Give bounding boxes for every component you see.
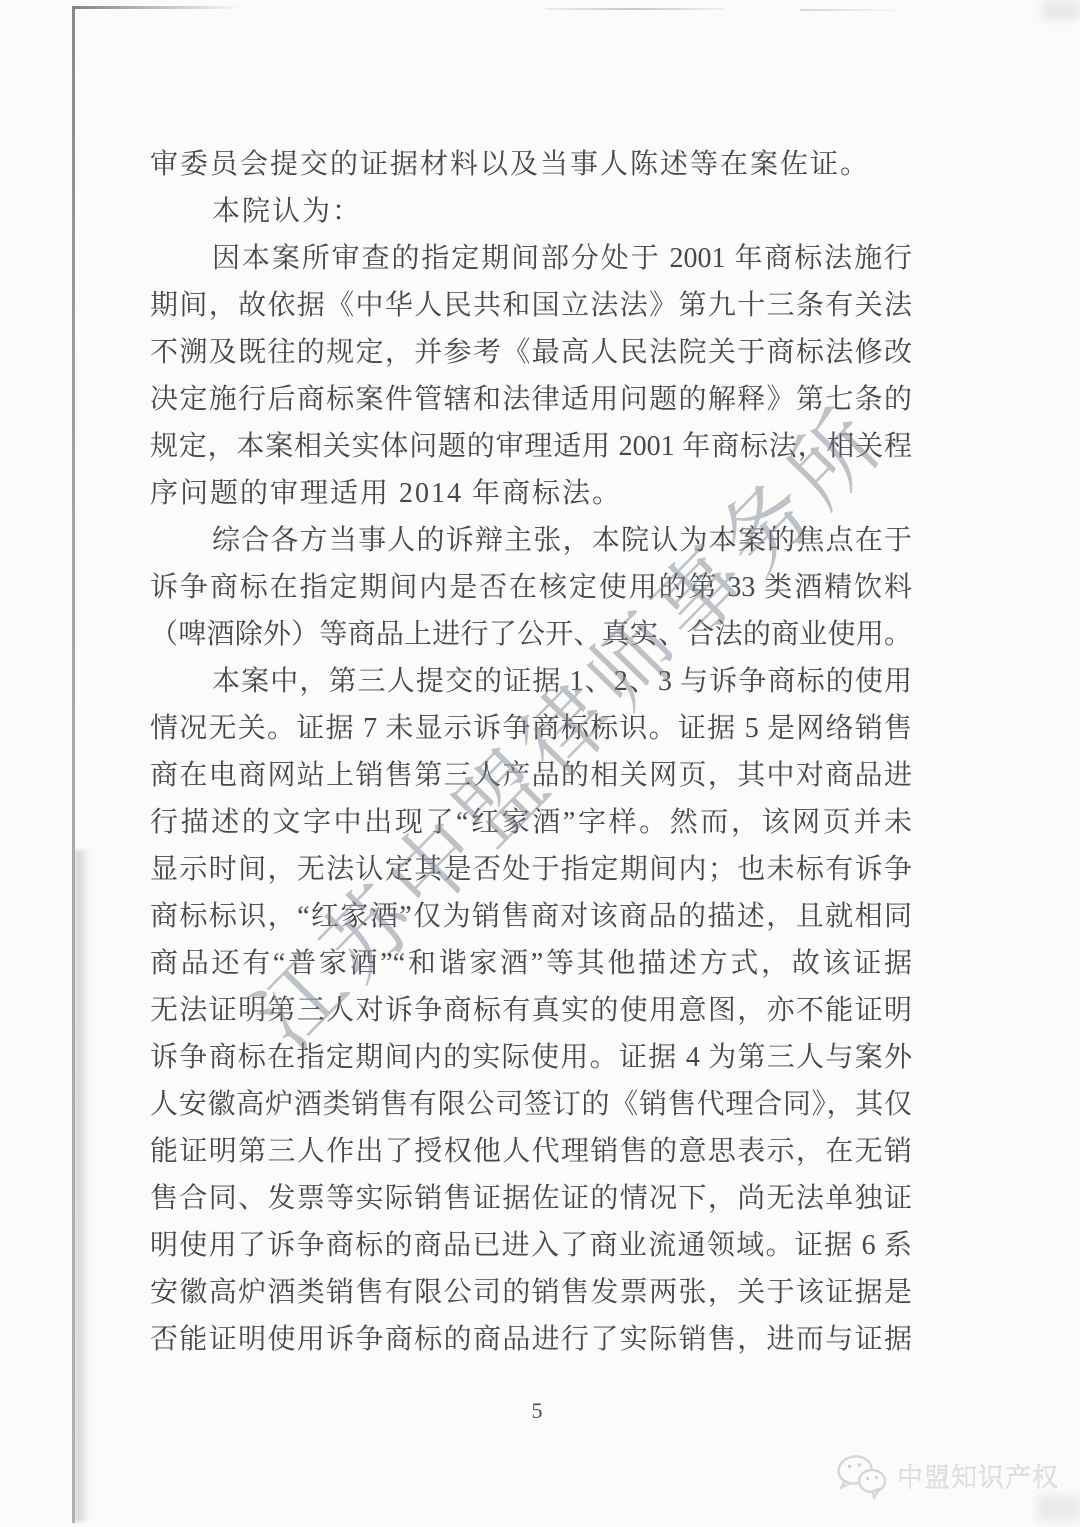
text-line: 无法证明第三人对诉争商标有真实的使用意图，亦不能证明 (150, 987, 912, 1034)
footer-brand: 中盟知识产权 (833, 1450, 1059, 1502)
text-line: 行描述的文字中出现了“红家酒”字样。然而，该网页并未 (150, 799, 912, 846)
text-line: 能证明第三人作出了授权他人代理销售的意思表示，在无销 (150, 1128, 912, 1175)
text-line: 本案中，第三人提交的证据 1、2、3 与诉争商标的使用 (150, 658, 912, 705)
wechat-icon (833, 1450, 891, 1502)
page-edge-line-top-segment (800, 9, 895, 11)
page-number: 5 (487, 1398, 587, 1424)
text-line: 商标标识，“红家酒”仅为销售商对该商品的描述，且就相同 (150, 893, 912, 940)
text-line: 本院认为： (150, 188, 912, 235)
text-line: （啤酒除外）等商品上进行了公开、真实、合法的商业使用。 (150, 611, 912, 658)
text-line: 序问题的审理适用 2014 年商标法。 (150, 470, 912, 517)
text-line: 诉争商标在指定期间内是否在核定使用的第 33 类酒精饮料 (150, 564, 912, 611)
text-line: 售合同、发票等实际销售证据佐证的情况下，尚无法单独证 (150, 1175, 912, 1222)
text-line: 安徽高炉酒类销售有限公司的销售发票两张，关于该证据是 (150, 1269, 912, 1316)
text-line: 规定，本案相关实体问题的审理适用 2001 年商标法，相关程 (150, 423, 912, 470)
document-body-text: 审委员会提交的证据材料以及当事人陈述等在案佐证。本院认为：因本案所审查的指定期间… (150, 141, 912, 1363)
text-line: 商品还有“普家酒”“和谐家酒”等其他描述方式，故该证据 (150, 940, 912, 987)
text-line: 期间，故依据《中华人民共和国立法法》第九十三条有关法 (150, 282, 912, 329)
text-line: 不溯及既往的规定，并参考《最高人民法院关于商标法修改 (150, 329, 912, 376)
text-line: 显示时间，无法认定其是否处于指定期间内；也未标有诉争 (150, 846, 912, 893)
text-line: 明使用了诉争商标的商品已进入了商业流通领域。证据 6 系 (150, 1222, 912, 1269)
text-line: 否能证明使用诉争商标的商品进行了实际销售，进而与证据 (150, 1316, 912, 1363)
page-edge-shadow-left (75, 850, 89, 1522)
text-line: 人安徽高炉酒类销售有限公司签订的《销售代理合同》，其仅 (150, 1081, 912, 1128)
text-line: 因本案所审查的指定期间部分处于 2001 年商标法施行 (150, 235, 912, 282)
text-line: 审委员会提交的证据材料以及当事人陈述等在案佐证。 (150, 141, 912, 188)
text-line: 综合各方当事人的诉辩主张，本院认为本案的焦点在于 (150, 517, 912, 564)
text-line: 情况无关。证据 7 未显示诉争商标标识。证据 5 是网络销售 (150, 705, 912, 752)
scanned-court-document-page: 审委员会提交的证据材料以及当事人陈述等在案佐证。本院认为：因本案所审查的指定期间… (0, 0, 1080, 1527)
page-edge-line-top (72, 6, 242, 9)
scan-smudge (1042, 0, 1080, 20)
text-line: 决定施行后商标案件管辖和法律适用问题的解释》第七条的 (150, 376, 912, 423)
footer-brand-text: 中盟知识产权 (897, 1458, 1059, 1495)
text-line: 商在电商网站上销售第三人产品的相关网页，其中对商品进 (150, 752, 912, 799)
text-line: 诉争商标在指定期间内的实际使用。证据 4 为第三人与案外 (150, 1034, 912, 1081)
page-edge-line-top-segment (545, 8, 725, 10)
